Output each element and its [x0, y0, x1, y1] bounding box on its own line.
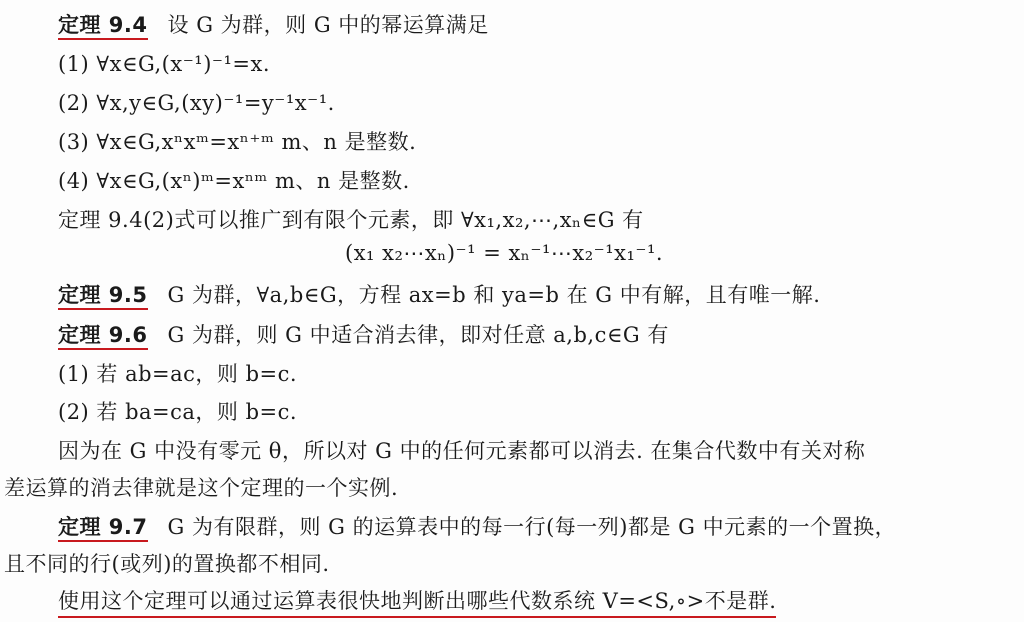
underlined-remark: 使用这个定理可以通过运算表很快地判断出哪些代数系统 V=<S,∘>不是群. — [58, 589, 776, 618]
theorem-9-6-remark-line-1: 因为在 G 中没有零元 θ，所以对 G 中的任何元素都可以消去. 在集合代数中有… — [58, 438, 865, 464]
theorem-9-4-item-2: (2) ∀x,y∈G,(xy)⁻¹=y⁻¹x⁻¹. — [58, 90, 335, 116]
theorem-9-6-remark-line-2: 差运算的消去律就是这个定理的一个实例. — [4, 475, 398, 501]
theorem-statement: G 为群，则 G 中适合消去律，即对任意 a,b,c∈G 有 — [168, 323, 669, 347]
theorem-label: 定理 9.4 — [58, 13, 148, 40]
theorem-9-4-formula: (x₁ x₂⋯xₙ)⁻¹ = xₙ⁻¹⋯x₂⁻¹x₁⁻¹. — [345, 240, 663, 266]
theorem-9-7-line-2: 且不同的行(或列)的置换都不相同. — [4, 551, 330, 577]
theorem-9-6-item-1: (1) 若 ab=ac，则 b=c. — [58, 361, 297, 387]
theorem-label: 定理 9.6 — [58, 323, 148, 350]
theorem-statement: 设 G 为群，则 G 中的幂运算满足 — [168, 13, 489, 37]
theorem-9-7: 定理 9.7G 为有限群，则 G 的运算表中的每一行(每一列)都是 G 中元素的… — [58, 514, 896, 540]
theorem-9-5: 定理 9.5G 为群，∀a,b∈G，方程 ax=b 和 ya=b 在 G 中有解… — [58, 282, 820, 308]
theorem-9-6: 定理 9.6G 为群，则 G 中适合消去律，即对任意 a,b,c∈G 有 — [58, 322, 669, 348]
theorem-9-6-item-2: (2) 若 ba=ca，则 b=c. — [58, 399, 297, 425]
theorem-9-4-item-1: (1) ∀x∈G,(x⁻¹)⁻¹=x. — [58, 51, 270, 77]
theorem-9-4-item-4: (4) ∀x∈G,(xⁿ)ᵐ=xⁿᵐ m、n 是整数. — [58, 168, 410, 194]
theorem-label: 定理 9.5 — [58, 283, 148, 310]
theorem-statement: G 为群，∀a,b∈G，方程 ax=b 和 ya=b 在 G 中有解，且有唯一解… — [168, 283, 821, 307]
theorem-9-4-item-3: (3) ∀x∈G,xⁿxᵐ=xⁿ⁺ᵐ m、n 是整数. — [58, 129, 416, 155]
theorem-9-4-remark: 定理 9.4(2)式可以推广到有限个元素，即 ∀x₁,x₂,⋯,xₙ∈G 有 — [58, 207, 644, 233]
theorem-statement: G 为有限群，则 G 的运算表中的每一行(每一列)都是 G 中元素的一个置换， — [168, 515, 897, 539]
theorem-9-7-remark: 使用这个定理可以通过运算表很快地判断出哪些代数系统 V=<S,∘>不是群. — [58, 588, 776, 614]
theorem-9-4-heading: 定理 9.4设 G 为群，则 G 中的幂运算满足 — [58, 12, 489, 38]
theorem-label: 定理 9.7 — [58, 515, 148, 542]
